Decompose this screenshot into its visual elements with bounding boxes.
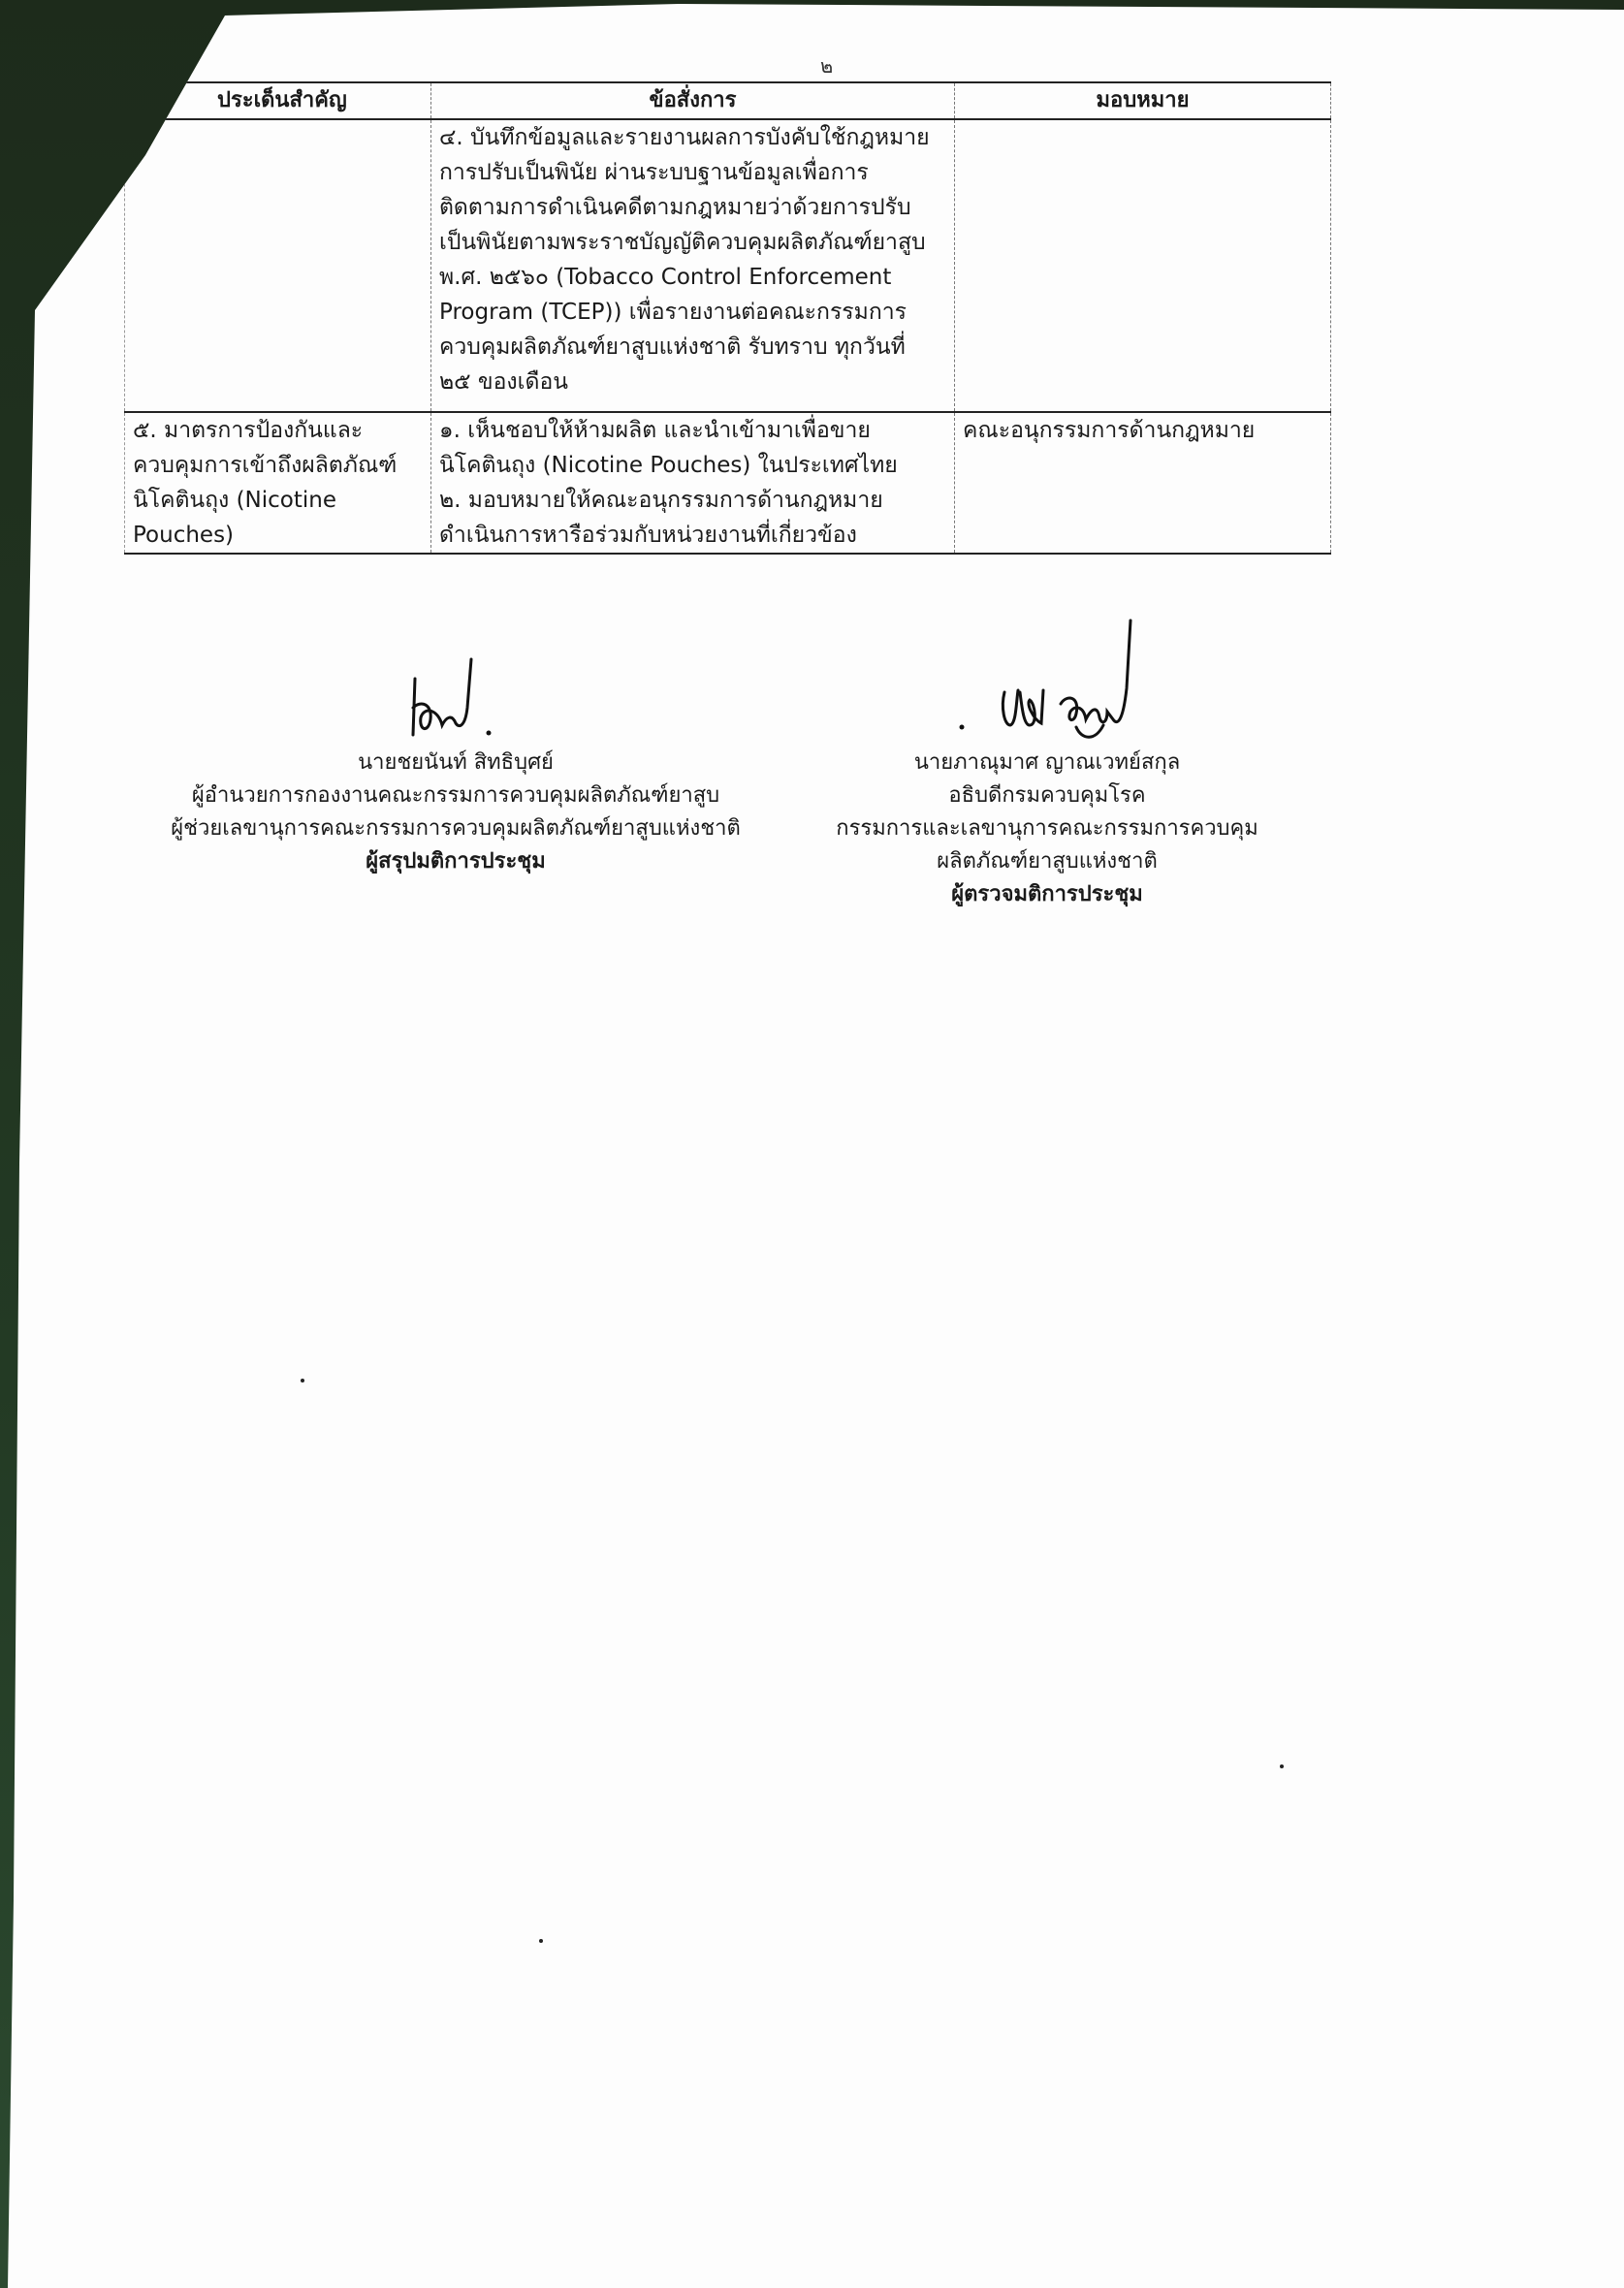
directive-line: เป็นพินัยตามพระราชบัญญัติควบคุมผลิตภัณฑ์… — [439, 225, 946, 260]
signatory-position: ผู้อำนวยการกองงานคณะกรรมการควบคุมผลิตภัณ… — [126, 779, 785, 812]
topic-cell — [125, 119, 431, 412]
signatory-name: นายชยนันท์ สิทธิบุศย์ — [126, 747, 785, 779]
header-directive: ข้อสั่งการ — [431, 82, 955, 119]
assigned-text: คณะอนุกรรมการด้านกฎหมาย — [963, 418, 1255, 443]
directive-cell: ๔. บันทึกข้อมูลและรายงานผลการบังคับใช้กฎ… — [431, 119, 955, 412]
directive-line: นิโคตินถุง (Nicotine Pouches) ในประเทศไท… — [439, 448, 946, 483]
assigned-cell: คณะอนุกรรมการด้านกฎหมาย — [955, 412, 1331, 554]
directive-line: ๒. มอบหมายให้คณะอนุกรรมการด้านกฎหมาย — [439, 483, 946, 518]
signatory-role: ผู้สรุปมติการประชุม — [126, 845, 785, 878]
directive-line: การปรับเป็นพินัย ผ่านระบบฐานข้อมูลเพื่อก… — [439, 155, 946, 190]
topic-line: นิโคตินถุง (Nicotine Pouches) — [133, 483, 423, 553]
topic-cell: ๕. มาตรการป้องกันและ ควบคุมการเข้าถึงผลิ… — [125, 412, 431, 554]
table-row: ๕. มาตรการป้องกันและ ควบคุมการเข้าถึงผลิ… — [125, 412, 1331, 554]
signature-scribble-icon — [388, 650, 524, 747]
directive-line: ๒๕ ของเดือน — [439, 365, 946, 399]
signature-scribble-icon — [940, 611, 1154, 747]
signature-block-summarizer: นายชยนันท์ สิทธิบุศย์ ผู้อำนวยการกองงานค… — [126, 640, 785, 878]
resolutions-table: ประเด็นสำคัญ ข้อสั่งการ มอบหมาย ๔. บันทึ… — [124, 81, 1331, 555]
signatory-position: อธิบดีกรมควบคุมโรค — [814, 779, 1280, 812]
handwritten-signature — [126, 640, 785, 747]
signature-block-reviewer: นายภาณุมาศ ญาณเวทย์สกุล อธิบดีกรมควบคุมโ… — [814, 601, 1280, 911]
directive-line: Program (TCEP)) เพื่อรายงานต่อคณะกรรมการ — [439, 295, 946, 330]
directive-line: ดำเนินการหารือร่วมกับหน่วยงานที่เกี่ยวข้… — [439, 518, 946, 553]
directive-line: ๔. บันทึกข้อมูลและรายงานผลการบังคับใช้กฎ… — [439, 120, 946, 155]
document-page: ๒ ประเด็นสำคัญ ข้อสั่งการ มอบหมาย ๔. บัน… — [0, 0, 1624, 2288]
header-assigned: มอบหมาย — [955, 82, 1331, 119]
signatory-position: ผู้ช่วยเลขานุการคณะกรรมการควบคุมผลิตภัณฑ… — [126, 812, 785, 845]
directive-line: ๑. เห็นชอบให้ห้ามผลิต และนำเข้ามาเพื่อขา… — [439, 413, 946, 448]
directive-line: ติดตามการดำเนินคดีตามกฎหมายว่าด้วยการปรั… — [439, 190, 946, 225]
signatory-name: นายภาณุมาศ ญาณเวทย์สกุล — [814, 747, 1280, 779]
signatory-position: ผลิตภัณฑ์ยาสูบแห่งชาติ — [814, 845, 1280, 878]
topic-line: ควบคุมการเข้าถึงผลิตภัณฑ์ — [133, 448, 423, 483]
signatory-position: กรรมการและเลขานุการคณะกรรมการควบคุม — [814, 812, 1280, 845]
table-row: ๔. บันทึกข้อมูลและรายงานผลการบังคับใช้กฎ… — [125, 119, 1331, 412]
handwritten-signature — [814, 601, 1280, 747]
speck-mark — [539, 1939, 543, 1943]
speck-mark — [1280, 1764, 1284, 1768]
directive-line: พ.ศ. ๒๕๖๐ (Tobacco Control Enforcement — [439, 260, 946, 295]
directive-cell: ๑. เห็นชอบให้ห้ามผลิต และนำเข้ามาเพื่อขา… — [431, 412, 955, 554]
page-number-mark: ๒ — [820, 50, 833, 81]
table-header-row: ประเด็นสำคัญ ข้อสั่งการ มอบหมาย — [125, 82, 1331, 119]
assigned-cell — [955, 119, 1331, 412]
speck-mark — [301, 1379, 304, 1382]
topic-line: ๕. มาตรการป้องกันและ — [133, 413, 423, 448]
signatory-role: ผู้ตรวจมติการประชุม — [814, 878, 1280, 911]
directive-line: ควบคุมผลิตภัณฑ์ยาสูบแห่งชาติ รับทราบ ทุก… — [439, 330, 946, 365]
